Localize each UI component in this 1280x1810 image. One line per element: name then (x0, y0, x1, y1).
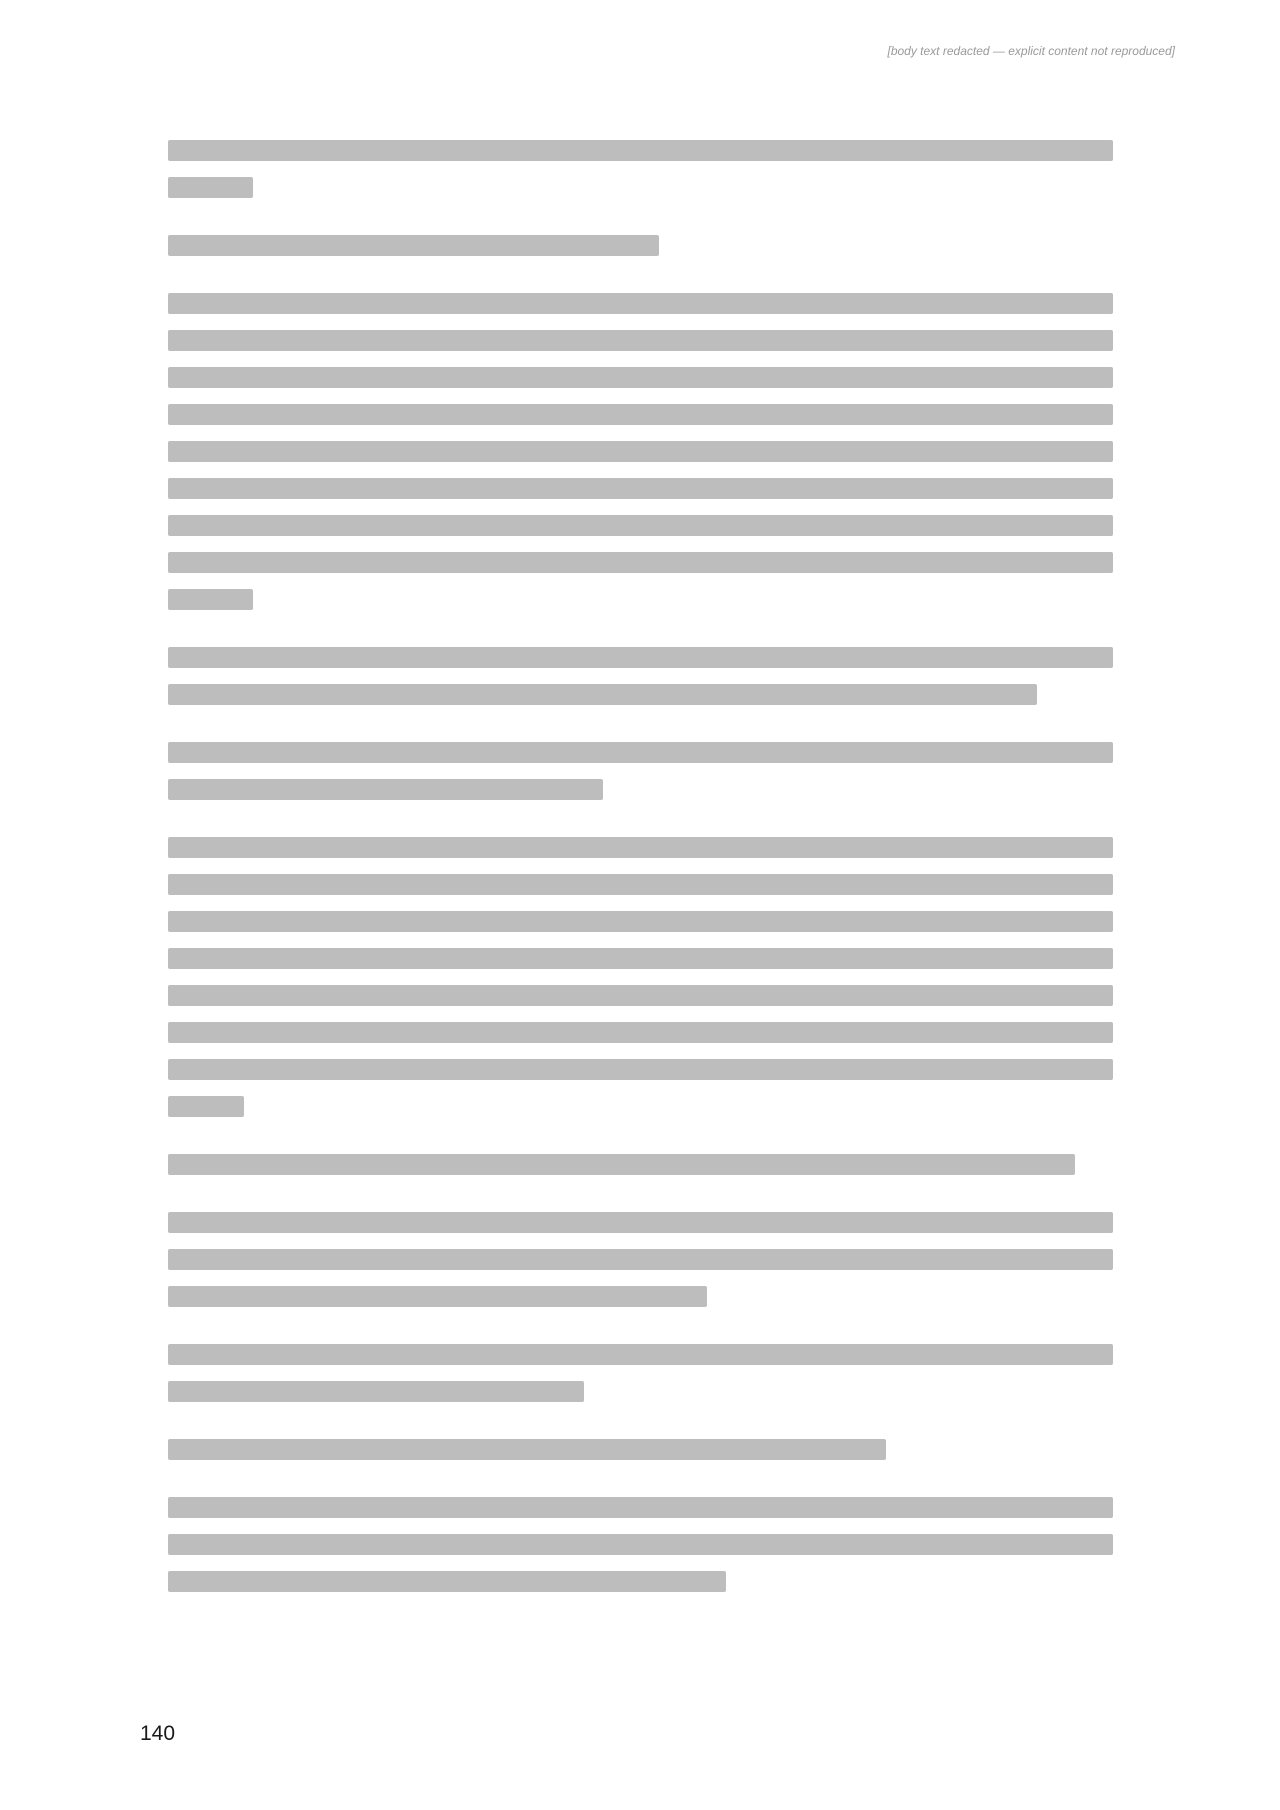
redacted-text-line (168, 837, 1113, 858)
redacted-text-line (168, 1212, 1113, 1233)
redacted-text-line (168, 1059, 1113, 1080)
redacted-text-line (168, 684, 1037, 705)
quote-paragraph (168, 1344, 1113, 1402)
redacted-text-line (168, 293, 1113, 314)
redacted-text-line (168, 367, 1113, 388)
redacted-text-line (168, 235, 659, 256)
redacted-text-line (168, 985, 1113, 1006)
body-paragraph (168, 837, 1113, 1117)
redacted-text-line (168, 948, 1113, 969)
redacted-text-line (168, 1439, 886, 1460)
redacted-text-line (168, 177, 253, 198)
redacted-text-line (168, 1344, 1113, 1365)
redacted-text-line (168, 742, 1113, 763)
quote-paragraph (168, 742, 1113, 800)
redacted-text-line (168, 1381, 584, 1402)
redacted-text-line (168, 1096, 244, 1117)
redacted-text-line (168, 1249, 1113, 1270)
redacted-text-line (168, 1022, 1113, 1043)
redaction-notice: [body text redacted — explicit content n… (887, 44, 1175, 58)
redacted-text-line (168, 647, 1113, 668)
text-content (168, 140, 1113, 1629)
redacted-text-line (168, 441, 1113, 462)
quote-paragraph (168, 1154, 1113, 1175)
redacted-text-line (168, 874, 1113, 895)
page-number: 140 (140, 1722, 175, 1746)
redacted-text-line (168, 1497, 1113, 1518)
body-paragraph (168, 293, 1113, 610)
redacted-text-line (168, 478, 1113, 499)
redacted-text-line (168, 779, 603, 800)
body-paragraph (168, 1212, 1113, 1307)
redacted-text-line (168, 1286, 707, 1307)
redacted-text-line (168, 404, 1113, 425)
redacted-text-line (168, 1571, 726, 1592)
redacted-text-line (168, 589, 253, 610)
quote-paragraph (168, 1439, 1113, 1460)
redacted-text-line (168, 515, 1113, 536)
quote-paragraph (168, 647, 1113, 705)
body-paragraph (168, 140, 1113, 198)
redacted-text-line (168, 330, 1113, 351)
redacted-text-line (168, 552, 1113, 573)
body-paragraph (168, 1497, 1113, 1592)
document-page: [body text redacted — explicit content n… (0, 0, 1280, 1810)
redacted-text-line (168, 140, 1113, 161)
redacted-text-line (168, 1534, 1113, 1555)
redacted-text-line (168, 911, 1113, 932)
quote-paragraph (168, 235, 1113, 256)
redacted-text-line (168, 1154, 1075, 1175)
